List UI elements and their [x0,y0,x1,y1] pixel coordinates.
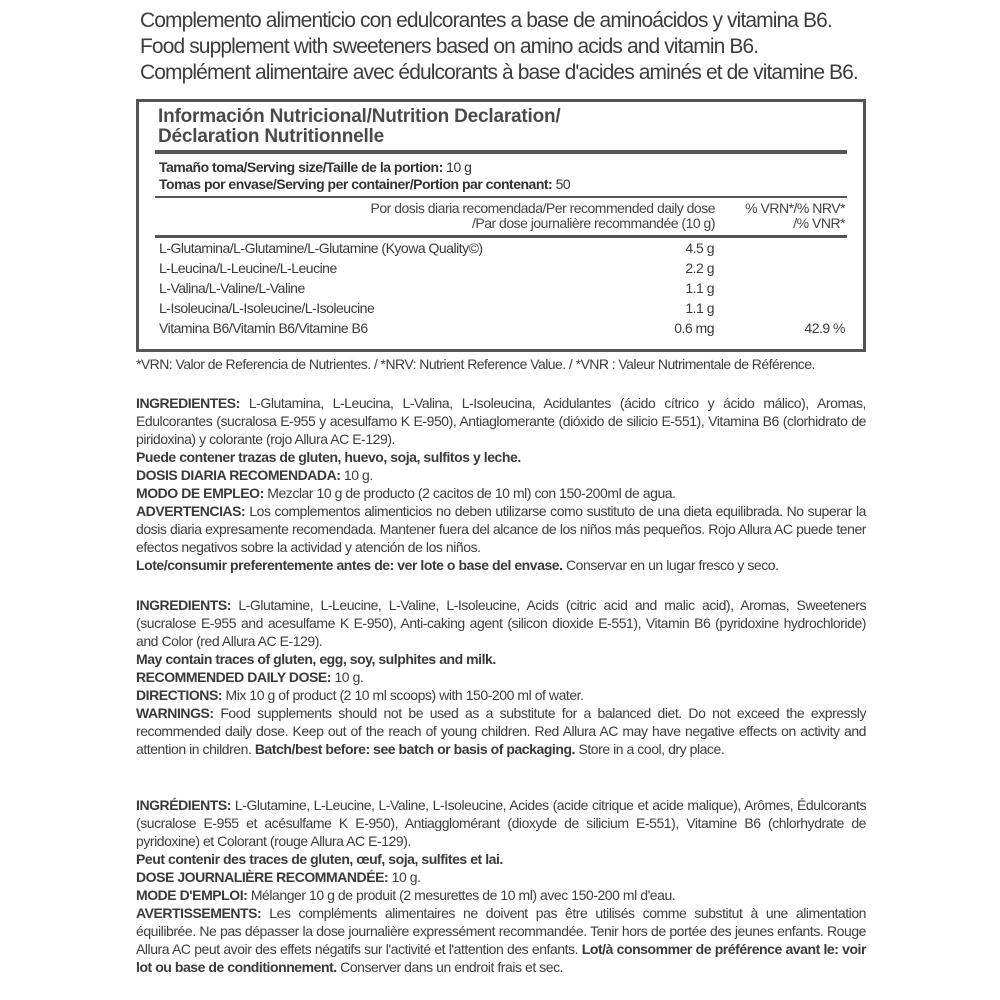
allergens-text: Puede contener trazas de gluten, huevo, … [136,449,521,465]
directions-text: Mélanger 10 g de produit (2 mesurettes d… [247,887,675,903]
nutrient-name: L-Valina/L-Valine/L-Valine [159,280,305,296]
nutrition-table: Información Nutricional/Nutrition Declar… [136,99,866,352]
ingredients-es: INGREDIENTES: L-Glutamina, L-Leucina, L-… [136,394,866,448]
dose-value: 10 g. [340,467,372,483]
dose-value: 10 g. [331,669,363,685]
ingredients-en: INGREDIENTS: L-Glutamine, L-Leucine, L-V… [136,596,866,650]
nutrient-amount: 1.1 g [685,300,714,316]
batch-label: Lote/consumir preferentemente antes de: … [136,557,563,573]
nutrient-name: L-Isoleucina/L-Isoleucine/L-Isoleucine [159,300,374,316]
ingredients-fr: INGRÉDIENTS: L-Glutamine, L-Leucine, L-V… [136,796,866,850]
warnings-label: AVERTISSEMENTS: [136,905,261,921]
servings-label: Tomas por envase/Serving per container/P… [159,176,552,192]
nutrient-row: L-Valina/L-Valine/L-Valine1.1 g [159,280,845,300]
directions-label: MODO DE EMPLEO: [136,485,264,501]
ingredients-text: L-Glutamina, L-Leucina, L-Valina, L-Isol… [136,395,866,447]
column-header-amount-line2: /Par dose journalière recommandée (10 g) [371,216,715,231]
dose-fr: DOSE JOURNALIÈRE RECOMMANDÉE: 10 g. [136,868,866,886]
allergens-text: May contain traces of gluten, egg, soy, … [136,651,496,667]
column-header-pct-line2: /% VNR* [745,216,845,231]
section-es: INGREDIENTES: L-Glutamina, L-Leucina, L-… [136,394,866,574]
serving-size: Tamaño toma/Serving size/Taille de la po… [159,159,471,175]
nutrient-amount: 0.6 mg [674,320,714,336]
batch-es: Lote/consumir preferentemente antes de: … [136,556,866,574]
nutrition-title-line1: Información Nutricional/Nutrition Declar… [158,107,561,127]
divider [155,150,847,154]
divider [155,196,847,198]
directions-text: Mix 10 g of product (2 10 ml scoops) wit… [222,687,584,703]
dose-value: 10 g. [388,869,420,885]
allergens-fr: Peut contenir des traces de gluten, œuf,… [136,850,866,868]
description-es: Complemento alimenticio con edulcorantes… [140,8,880,34]
nutrient-name: L-Leucina/L-Leucine/L-Leucine [159,260,337,276]
ingredients-text: L-Glutamine, L-Leucine, L-Valine, L-Isol… [136,597,866,649]
nutrition-title-line2: Déclaration Nutritionnelle [158,127,561,147]
dose-en: RECOMMENDED DAILY DOSE: 10 g. [136,668,866,686]
nutrient-row: Vitamina B6/Vitamin B6/Vitamine B60.6 mg… [159,320,845,340]
ingredients-label: INGREDIENTS: [136,597,231,613]
warnings-label: WARNINGS: [136,705,214,721]
ingredients-label: INGRÉDIENTS: [136,797,231,813]
description-en: Food supplement with sweeteners based on… [140,34,880,60]
nutrient-row: L-Leucina/L-Leucine/L-Leucine2.2 g [159,260,845,280]
serving-size-value: 10 g [446,159,471,175]
dose-label: DOSE JOURNALIÈRE RECOMMANDÉE: [136,869,388,885]
nutrient-amount: 2.2 g [685,260,714,276]
storage-text: Conserver dans un endroit frais et sec. [337,959,563,975]
dose-label: RECOMMENDED DAILY DOSE: [136,669,331,685]
directions-fr: MODE D'EMPLOI: Mélanger 10 g de produit … [136,886,866,904]
warnings-text: Los complementos alimenticios no deben u… [136,503,866,555]
product-description: Complemento alimenticio con edulcorantes… [140,8,880,86]
servings-per-container: Tomas por envase/Serving per container/P… [159,176,570,192]
directions-label: DIRECTIONS: [136,687,222,703]
warnings-fr: AVERTISSEMENTS: Les compléments alimenta… [136,904,866,976]
column-header-pct: % VRN*/% NRV* /% VNR* [745,201,845,231]
column-header-pct-line1: % VRN*/% NRV* [745,201,845,216]
nutrient-name: L-Glutamina/L-Glutamine/L-Glutamine (Kyo… [159,240,483,256]
directions-es: MODO DE EMPLEO: Mezclar 10 g de producto… [136,484,866,502]
nutrient-nrv: 42.9 % [804,320,845,336]
nutrient-row: L-Glutamina/L-Glutamine/L-Glutamine (Kyo… [159,240,845,260]
ingredients-label: INGREDIENTES: [136,395,240,411]
allergens-en: May contain traces of gluten, egg, soy, … [136,650,866,668]
column-header-amount: Por dosis diaria recomendada/Per recomme… [371,201,715,231]
nutrition-title: Información Nutricional/Nutrition Declar… [158,107,561,147]
directions-label: MODE D'EMPLOI: [136,887,247,903]
batch-label: Batch/best before: see batch or basis of… [255,741,575,757]
directions-en: DIRECTIONS: Mix 10 g of product (2 10 ml… [136,686,866,704]
nutrient-amount: 1.1 g [685,280,714,296]
nutrient-row: L-Isoleucina/L-Isoleucine/L-Isoleucine1.… [159,300,845,320]
storage-text: Conservar en un lugar fresco y seco. [563,557,779,573]
servings-value: 50 [556,176,571,192]
allergens-text: Peut contenir des traces de gluten, œuf,… [136,851,503,867]
divider [155,235,847,238]
ingredients-text: L-Glutamine, L-Leucine, L-Valine, L-Isol… [136,797,866,849]
nutrient-amount: 4.5 g [685,240,714,256]
warnings-es: ADVERTENCIAS: Los complementos alimentic… [136,502,866,556]
dose-label: DOSIS DIARIA RECOMENDADA: [136,467,340,483]
warnings-label: ADVERTENCIAS: [136,503,245,519]
serving-size-label: Tamaño toma/Serving size/Taille de la po… [159,159,443,175]
storage-text: Store in a cool, dry place. [575,741,724,757]
nutrient-name: Vitamina B6/Vitamin B6/Vitamine B6 [159,320,368,336]
allergens-es: Puede contener trazas de gluten, huevo, … [136,448,866,466]
column-header-amount-line1: Por dosis diaria recomendada/Per recomme… [371,201,715,216]
section-fr: INGRÉDIENTS: L-Glutamine, L-Leucine, L-V… [136,796,866,976]
section-en: INGREDIENTS: L-Glutamine, L-Leucine, L-V… [136,596,866,758]
description-fr: Complément alimentaire avec édulcorants … [140,60,880,86]
nutrition-footnote: *VRN: Valor de Referencia de Nutrientes.… [136,356,815,372]
warnings-en: WARNINGS: Food supplements should not be… [136,704,866,758]
dose-es: DOSIS DIARIA RECOMENDADA: 10 g. [136,466,866,484]
directions-text: Mezclar 10 g de producto (2 cacitos de 1… [264,485,676,501]
